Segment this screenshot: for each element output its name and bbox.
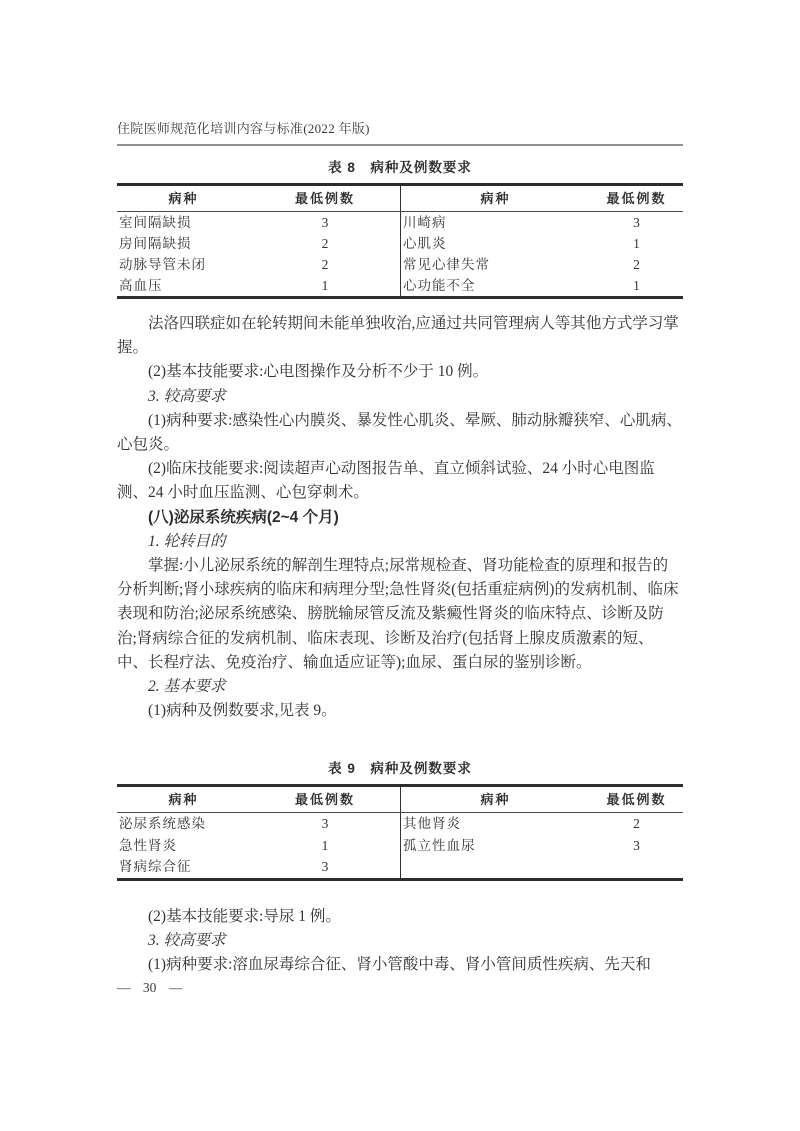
cell-disease: 急性肾炎: [117, 835, 250, 857]
table-row: 室间隔缺损 3 川崎病 3: [117, 212, 683, 233]
document-page: 住院医师规范化培训内容与标准(2022 年版) 表 8 病种及例数要求 病种 最…: [0, 0, 800, 1131]
paragraph: (1)病种要求:溶血尿毒综合征、肾小管酸中毒、肾小管间质性疾病、先天和: [117, 953, 683, 977]
table-row: 动脉导管未闭 2 常见心律失常 2: [117, 254, 683, 275]
table-row: 房间隔缺损 2 心肌炎 1: [117, 233, 683, 254]
body-text-block-1: 法洛四联症如在轮转期间未能单独收治,应通过共同管理病人等其他方式学习掌握。 (2…: [117, 312, 683, 723]
cell-min-cases: 3: [250, 813, 400, 835]
table-row: 肾病综合征 3: [117, 856, 683, 878]
table-8-title: 表 8 病种及例数要求: [117, 156, 683, 176]
cell-min-cases: 1: [590, 233, 683, 254]
paragraph: (1)病种及例数要求,见表 9。: [117, 699, 683, 723]
paragraph: (2)临床技能要求:阅读超声心动图报告单、直立倾斜试验、24 小时心电图监测、2…: [117, 457, 683, 505]
col-header-disease-left: 病种: [117, 787, 250, 812]
cell-disease: 房间隔缺损: [117, 233, 250, 254]
cell-min-cases: 1: [250, 835, 400, 857]
table-9-header-row: 病种 最低例数 病种 最低例数: [117, 787, 683, 813]
subheading-advanced-requirements: 3. 较高要求: [117, 929, 683, 953]
cell-min-cases: 2: [590, 813, 683, 835]
col-header-min-cases-right: 最低例数: [590, 186, 683, 211]
cell-min-cases: 1: [250, 275, 400, 296]
subheading-basic-requirements: 2. 基本要求: [117, 675, 683, 699]
cell-disease: 心功能不全: [400, 275, 590, 296]
paragraph: (2)基本技能要求:导尿 1 例。: [117, 905, 683, 929]
col-header-disease-left: 病种: [117, 186, 250, 211]
cell-disease: 室间隔缺损: [117, 212, 250, 233]
cell-min-cases: 3: [590, 212, 683, 233]
col-header-disease-right: 病种: [400, 787, 590, 812]
col-header-disease-right: 病种: [400, 186, 590, 211]
paragraph: (2)基本技能要求:心电图操作及分析不少于 10 例。: [117, 360, 683, 384]
cell-min-cases: 2: [590, 254, 683, 275]
subheading-advanced-requirements: 3. 较高要求: [117, 385, 683, 409]
cell-disease: 动脉导管未闭: [117, 254, 250, 275]
cell-min-cases: 3: [590, 835, 683, 857]
body-text-block-2: (2)基本技能要求:导尿 1 例。 3. 较高要求 (1)病种要求:溶血尿毒综合…: [117, 905, 683, 978]
table-9-grid: 病种 最低例数 病种 最低例数 泌尿系统感染 3 其他肾炎 2 急性肾炎 1 孤…: [117, 784, 683, 881]
cell-disease: 常见心律失常: [400, 254, 590, 275]
page-number: — 30 —: [117, 980, 182, 996]
col-header-min-cases-left: 最低例数: [250, 186, 400, 211]
paragraph: 掌握:小儿泌尿系统的解剖生理特点;尿常规检查、肾功能检查的原理和报告的分析判断;…: [117, 554, 683, 675]
cell-min-cases: 2: [250, 254, 400, 275]
cell-min-cases: 3: [250, 856, 400, 878]
table-row: 急性肾炎 1 孤立性血尿 3: [117, 835, 683, 857]
col-header-min-cases-right: 最低例数: [590, 787, 683, 812]
cell-min-cases: 3: [250, 212, 400, 233]
table-row: 高血压 1 心功能不全 1: [117, 275, 683, 296]
table-row: 泌尿系统感染 3 其他肾炎 2: [117, 813, 683, 835]
table-8-grid: 病种 最低例数 病种 最低例数 室间隔缺损 3 川崎病 3 房间隔缺损 2 心肌…: [117, 183, 683, 299]
subheading-rotation-purpose: 1. 轮转目的: [117, 530, 683, 554]
table-8: 表 8 病种及例数要求 病种 最低例数 病种 最低例数 室间隔缺损 3 川崎病 …: [117, 156, 683, 299]
paragraph: 法洛四联症如在轮转期间未能单独收治,应通过共同管理病人等其他方式学习掌握。: [117, 312, 683, 360]
cell-disease: 川崎病: [400, 212, 590, 233]
table-9: 表 9 病种及例数要求 病种 最低例数 病种 最低例数 泌尿系统感染 3 其他肾…: [117, 757, 683, 881]
cell-disease: 肾病综合征: [117, 856, 250, 878]
cell-disease: 其他肾炎: [400, 813, 590, 835]
table-9-title: 表 9 病种及例数要求: [117, 757, 683, 777]
cell-disease: 泌尿系统感染: [117, 813, 250, 835]
cell-disease: 高血压: [117, 275, 250, 296]
table-8-header-row: 病种 最低例数 病种 最低例数: [117, 186, 683, 212]
cell-min-cases: 1: [590, 275, 683, 296]
col-header-min-cases-left: 最低例数: [250, 787, 400, 812]
paragraph: (1)病种要求:感染性心内膜炎、暴发性心肌炎、晕厥、肺动脉瓣狭窄、心肌病、心包炎…: [117, 409, 683, 457]
cell-min-cases: [590, 856, 683, 878]
section-heading-urinary-system: (八)泌尿系统疾病(2~4 个月): [117, 506, 683, 530]
cell-disease: [400, 856, 590, 878]
cell-min-cases: 2: [250, 233, 400, 254]
running-head: 住院医师规范化培训内容与标准(2022 年版): [117, 118, 683, 146]
cell-disease: 孤立性血尿: [400, 835, 590, 857]
cell-disease: 心肌炎: [400, 233, 590, 254]
